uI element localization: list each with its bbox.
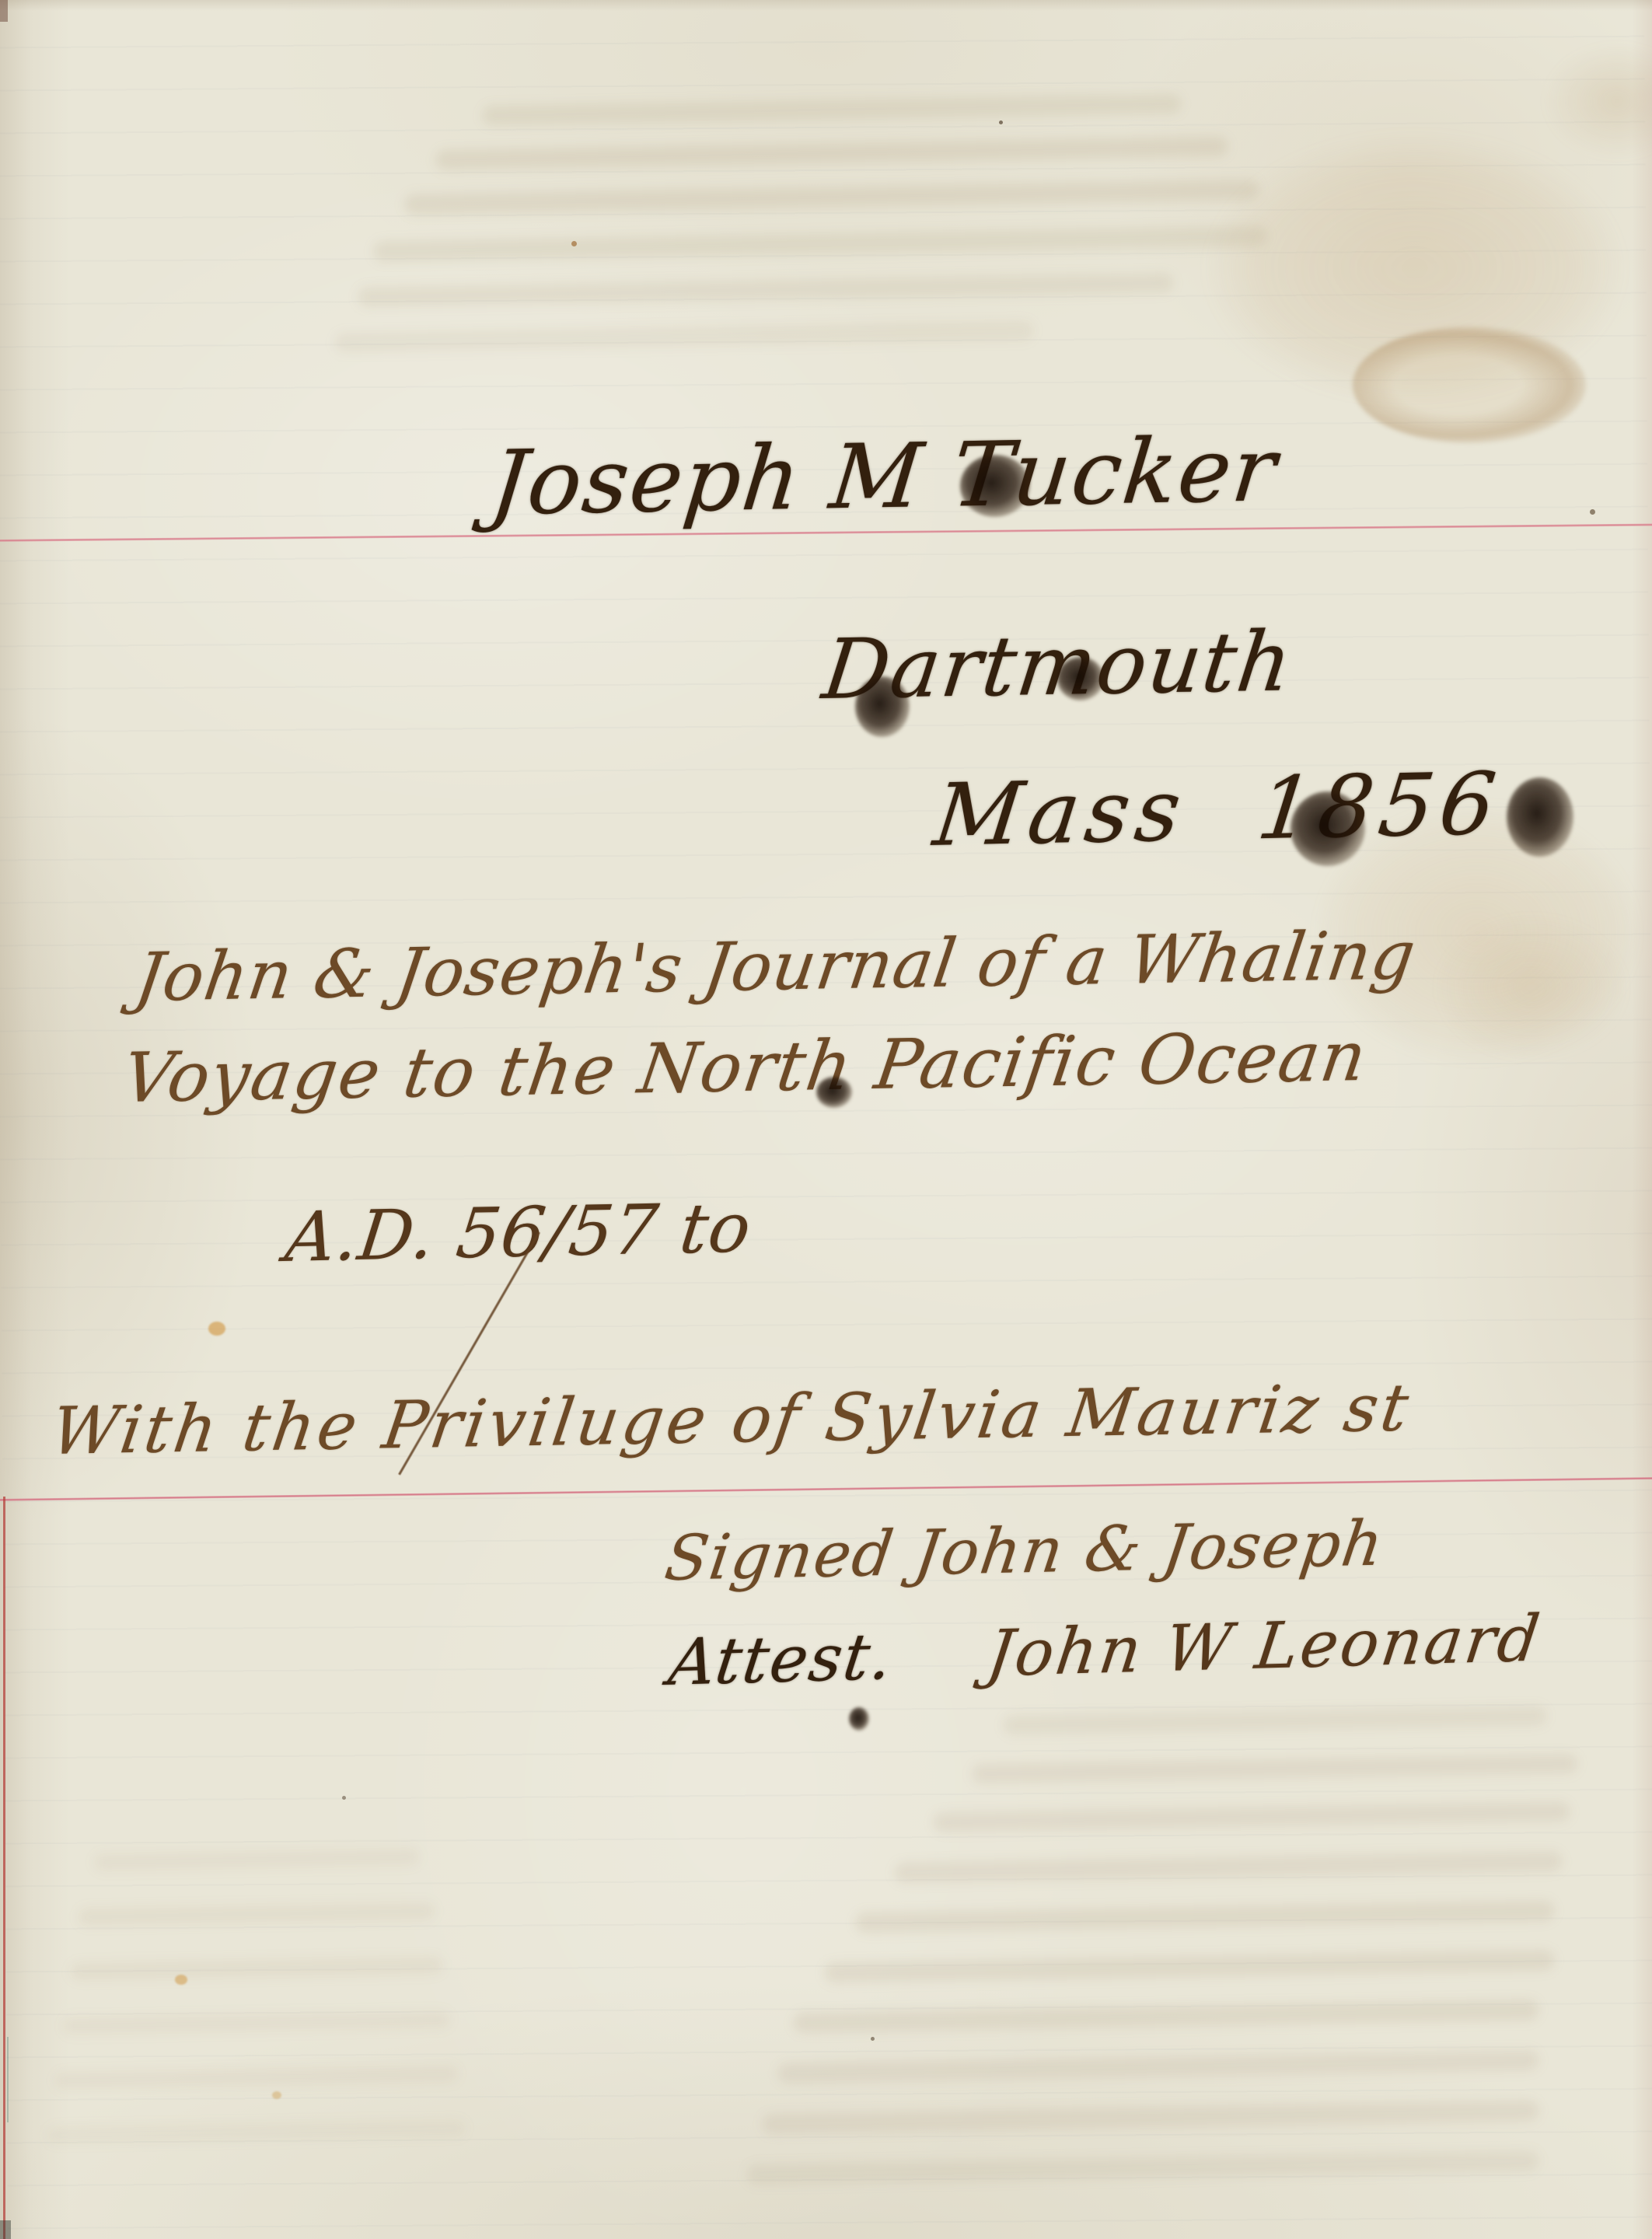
speck bbox=[208, 1322, 225, 1336]
bleed-through-mark bbox=[54, 2064, 459, 2090]
speck bbox=[272, 2091, 281, 2099]
speck bbox=[571, 241, 577, 246]
handwriting-owner-name: Joseph M Tucker bbox=[486, 417, 1282, 535]
ink-blot bbox=[1507, 777, 1573, 857]
bleed-through-mark bbox=[93, 1847, 420, 1871]
ink-blot bbox=[816, 1077, 852, 1108]
bleed-through-mark bbox=[746, 2150, 1539, 2185]
ink-blot bbox=[855, 676, 910, 737]
speck bbox=[175, 1975, 187, 1985]
handwriting-attest-line: Attest. John W Leonard bbox=[665, 1602, 1545, 1700]
bleed-through-mark bbox=[334, 320, 1034, 353]
spacer bbox=[910, 1676, 965, 1678]
bleed-through-mark bbox=[933, 1801, 1570, 1832]
speck bbox=[342, 1796, 346, 1800]
paper-texture bbox=[0, 0, 1652, 2239]
speck bbox=[1590, 509, 1595, 515]
speck bbox=[999, 121, 1003, 124]
bleed-through-mark bbox=[435, 136, 1228, 170]
bleed-through-mark bbox=[404, 179, 1259, 215]
bleed-through-mark bbox=[47, 2118, 466, 2144]
corner-mark bbox=[0, 0, 8, 22]
stain bbox=[1213, 140, 1617, 396]
ink-blot bbox=[960, 455, 1030, 517]
stain bbox=[1353, 327, 1586, 443]
handwriting-attest-name: John W Leonard bbox=[983, 1602, 1545, 1691]
speck bbox=[871, 2037, 875, 2041]
bleed-through-mark bbox=[358, 273, 1174, 307]
handwriting-privilege-line: With the Priviluge of Sylvia Mauriz st bbox=[47, 1369, 1416, 1469]
handwriting-title-line1: John & Joseph's Journal of a Whaling bbox=[131, 917, 1420, 1017]
ink-blot bbox=[849, 1707, 869, 1731]
stain bbox=[1547, 47, 1652, 155]
bleed-through-mark bbox=[373, 225, 1267, 262]
bleed-through-mark bbox=[972, 1753, 1578, 1784]
bleed-through-mark bbox=[62, 2010, 451, 2036]
journal-title-page: Joseph M Tucker Dartmouth Mass 1856 John… bbox=[0, 0, 1652, 2239]
ink-blot bbox=[1291, 791, 1365, 866]
margin-line-red bbox=[3, 1497, 5, 2239]
handwriting-signed-line: Signed John & Joseph bbox=[661, 1507, 1388, 1595]
ruled-line-pink-lower bbox=[0, 1476, 1652, 1501]
bleed-through-mark bbox=[793, 2000, 1539, 2034]
handwriting-attest-label: Attest. bbox=[665, 1620, 898, 1700]
bleed-through-mark bbox=[855, 1900, 1555, 1933]
handwriting-state-year: Mass 1856 bbox=[929, 753, 1507, 865]
bleed-through-mark bbox=[762, 2100, 1539, 2134]
ink-blot bbox=[1057, 657, 1104, 700]
stain bbox=[1438, 917, 1625, 1057]
bleed-through-ruling bbox=[0, 0, 1652, 2239]
bleed-through-mark bbox=[777, 2049, 1539, 2084]
bleed-through-mark bbox=[824, 1950, 1555, 1983]
bleed-through-mark bbox=[482, 93, 1182, 126]
corner-mark bbox=[0, 2220, 11, 2239]
bleed-through-mark bbox=[70, 1956, 443, 1981]
margin-line-teal bbox=[7, 2037, 9, 2122]
handwriting-title-line2: Voyage to the North Pacific Ocean bbox=[118, 1016, 1373, 1118]
bleed-through-mark bbox=[78, 1902, 435, 1926]
bleed-through-mark bbox=[1003, 1706, 1547, 1735]
bleed-through-mark bbox=[894, 1850, 1563, 1883]
